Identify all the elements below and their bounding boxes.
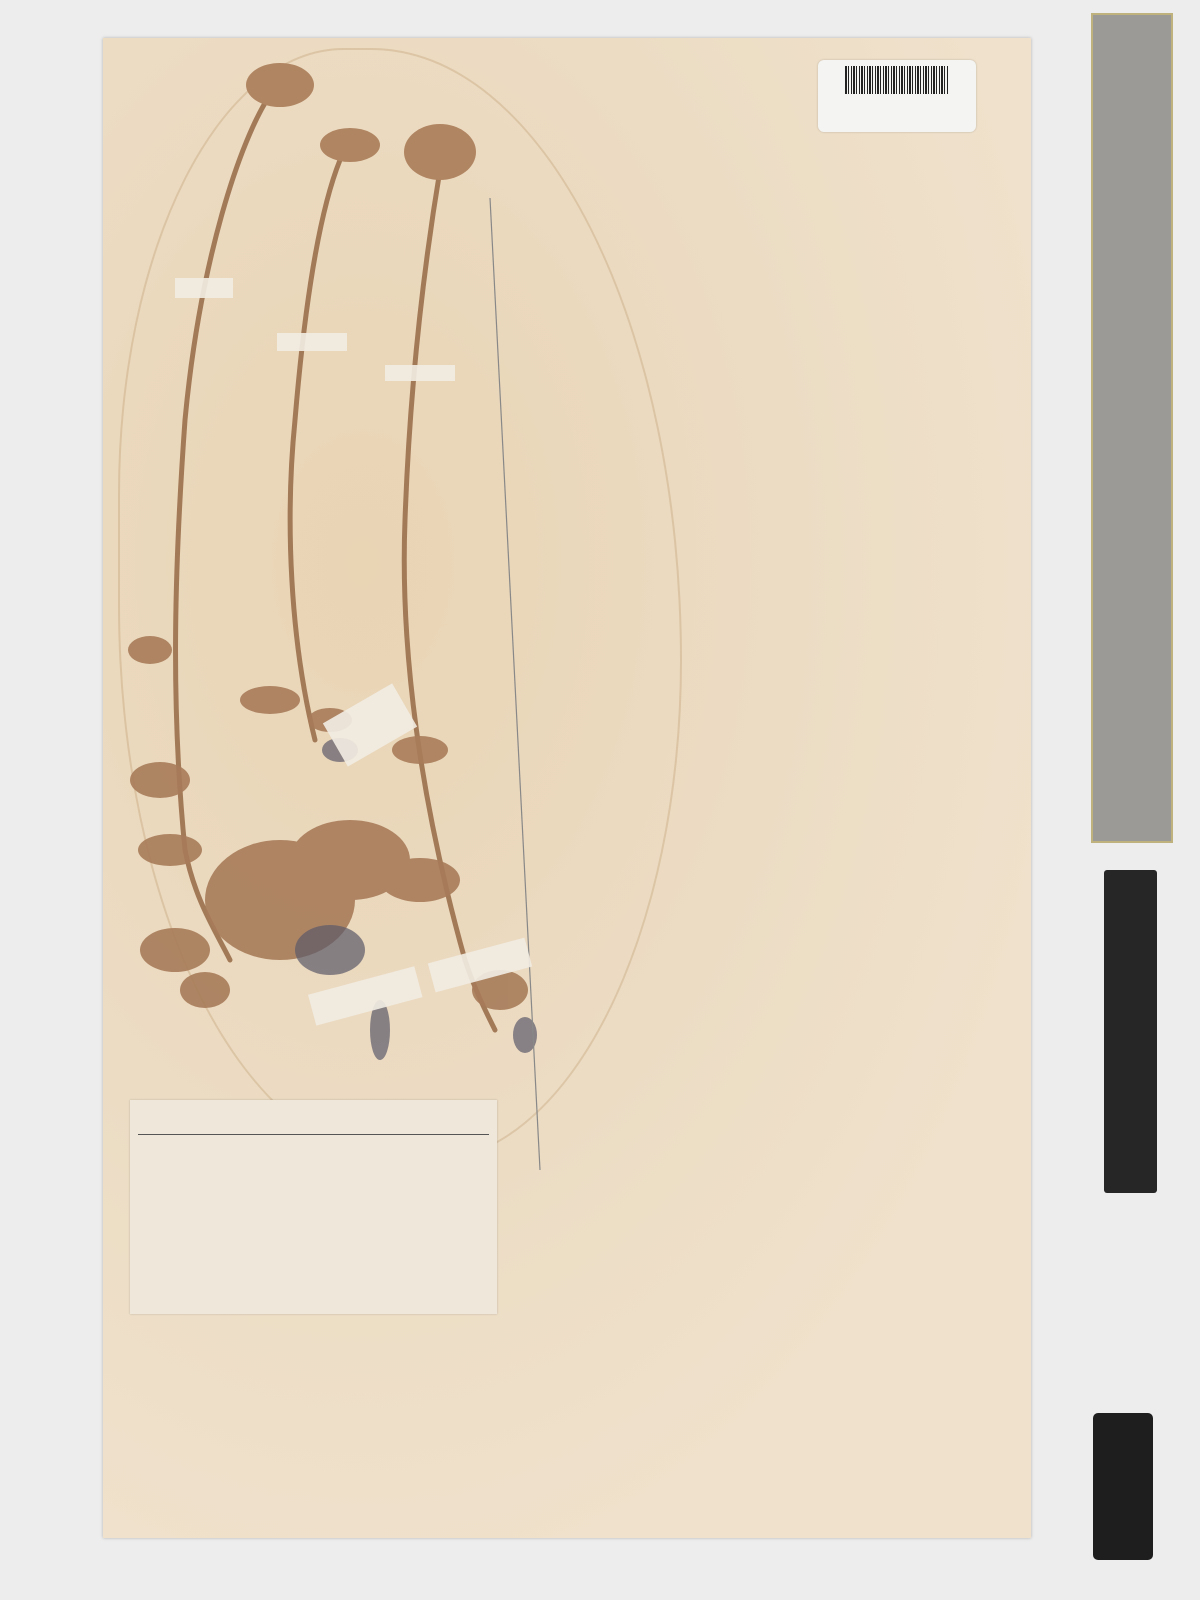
kew-scale-ruler — [1104, 870, 1157, 1193]
color-checker-card — [1093, 1413, 1153, 1560]
collection-label — [130, 1100, 497, 1314]
color-calibration-ruler — [1091, 13, 1173, 843]
barcode-label — [818, 60, 976, 132]
pressed-plant-specimen — [0, 0, 1200, 1600]
pencil-line — [490, 198, 540, 1170]
barcode — [845, 66, 949, 94]
